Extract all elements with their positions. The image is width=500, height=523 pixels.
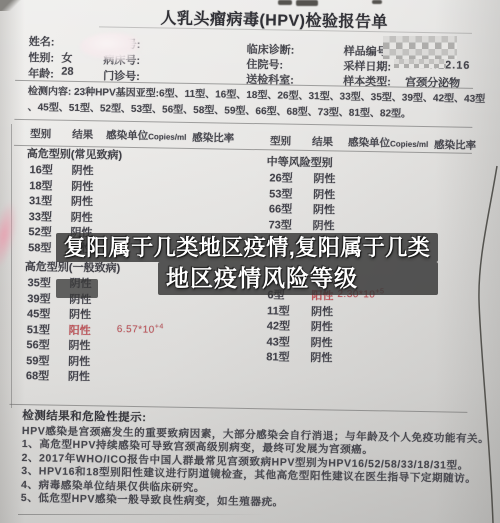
result-value: 阴性 bbox=[312, 217, 334, 233]
hpv-type: 59型 bbox=[26, 352, 50, 368]
photo-corner-shadow bbox=[0, 0, 22, 11]
hpv-type: 51型 bbox=[27, 321, 51, 337]
col-header-result-right: 结果 bbox=[312, 134, 333, 149]
table-group-medium-risk: 中等风险型别 26型阴性53型阴性66型阴性73型阴性 bbox=[266, 153, 489, 235]
caption-overlay-line1: 复阳属于几类地区疫情,复阳属于几类 bbox=[56, 233, 438, 262]
result-value: 阴性 bbox=[310, 334, 332, 350]
col-header-type: 型别 bbox=[30, 126, 51, 141]
result-value: 阴性 bbox=[69, 306, 91, 322]
result-value: 阴性 bbox=[68, 337, 90, 353]
sample-id-mosaic-redaction bbox=[383, 36, 457, 59]
col-header-ratio-right: 感染比率 bbox=[434, 137, 476, 153]
col-header-unit: 感染单位Copies/ml bbox=[106, 127, 186, 143]
hpv-type: 56型 bbox=[26, 336, 50, 352]
result-value: 阴性 bbox=[311, 318, 333, 334]
hpv-type: 33型 bbox=[29, 208, 53, 224]
result-value: 阴性 bbox=[71, 208, 93, 224]
col-header-type-right: 型别 bbox=[270, 133, 291, 148]
hpv-type: 45型 bbox=[27, 305, 51, 321]
hpv-type: 31型 bbox=[29, 192, 53, 208]
patient-name-redaction bbox=[100, 50, 142, 64]
result-value: 阴性 bbox=[313, 186, 335, 202]
hpv-type: 18型 bbox=[29, 177, 53, 193]
table-row: 81型阴性 bbox=[263, 348, 485, 367]
result-value: 阴性 bbox=[313, 170, 335, 186]
bottom-divider bbox=[18, 514, 268, 515]
hpv-type: 58型 bbox=[28, 239, 52, 255]
cropped-text-mark bbox=[296, 0, 318, 6]
hpv-type: 42型 bbox=[267, 317, 291, 333]
hpv-type: 16型 bbox=[29, 161, 53, 177]
table-left-border bbox=[11, 124, 12, 408]
report-photo: 人乳头瘤病毒(HPV)检验报告单 姓名: 性别: 女 年龄: 28 病历号: 病… bbox=[0, 0, 500, 523]
col-header-unit-right: 感染单位Copies/ml bbox=[348, 135, 428, 151]
gender-label: 性别: bbox=[28, 49, 54, 65]
sample-id-mosaic-redaction bbox=[394, 59, 446, 68]
table-row: 68型阴性 bbox=[23, 367, 255, 387]
hpv-type: 52型 bbox=[28, 223, 52, 239]
gender-value: 女 bbox=[61, 50, 72, 66]
hpv-type: 68型 bbox=[26, 367, 50, 383]
result-value: 阴性 bbox=[68, 352, 90, 368]
copies-value: 6.57*10+4 bbox=[117, 322, 164, 335]
result-value: 阳性 bbox=[69, 321, 91, 337]
hpv-type: 73型 bbox=[268, 216, 292, 232]
cropped-text-mark bbox=[372, 0, 382, 4]
result-value: 阴性 bbox=[68, 368, 90, 384]
col-header-ratio: 感染比率 bbox=[192, 130, 234, 146]
test-content: 检测内容: 23种HPV基因亚型:6型、11型、16型、18型、26型、31型、… bbox=[27, 84, 487, 124]
notes-section: 检测结果和危险性提示: HPV感染是宫颈癌发生的重要致病因素，大部分感染会自行消… bbox=[21, 407, 478, 513]
hpv-type: 53型 bbox=[269, 185, 293, 201]
table-group-low-risk: 6型阳性2.30*10+511型阴性42型阴性43型阴性81型阴性 bbox=[263, 286, 486, 367]
age-label: 年龄: bbox=[28, 65, 54, 81]
caption-overlay-line2: 地区疫情风险等级 bbox=[158, 262, 438, 295]
result-value: 阴性 bbox=[311, 303, 333, 319]
result-value: 阴性 bbox=[71, 193, 93, 209]
hpv-type: 43型 bbox=[266, 333, 290, 349]
hpv-type: 66型 bbox=[269, 200, 293, 216]
hpv-type: 81型 bbox=[266, 348, 290, 364]
caption-overlay-corner bbox=[56, 279, 98, 298]
result-value: 阴性 bbox=[313, 201, 335, 217]
result-value: 阴性 bbox=[71, 162, 93, 178]
name-label: 姓名: bbox=[29, 33, 55, 49]
col-header-result: 结果 bbox=[72, 127, 93, 142]
hpv-type: 35型 bbox=[27, 274, 51, 290]
hpv-type: 39型 bbox=[27, 290, 51, 306]
hpv-type: 26型 bbox=[269, 169, 293, 185]
result-value: 阴性 bbox=[71, 177, 93, 193]
notes-lines: HPV感染是宫颈癌发生的重要致病因素，大部分感染会自行消退；与年龄及个人免疫功能… bbox=[21, 425, 477, 513]
age-value: 28 bbox=[61, 66, 73, 78]
result-value: 阴性 bbox=[310, 349, 332, 365]
cropped-text-mark bbox=[278, 0, 292, 5]
hpv-type: 11型 bbox=[267, 302, 290, 318]
